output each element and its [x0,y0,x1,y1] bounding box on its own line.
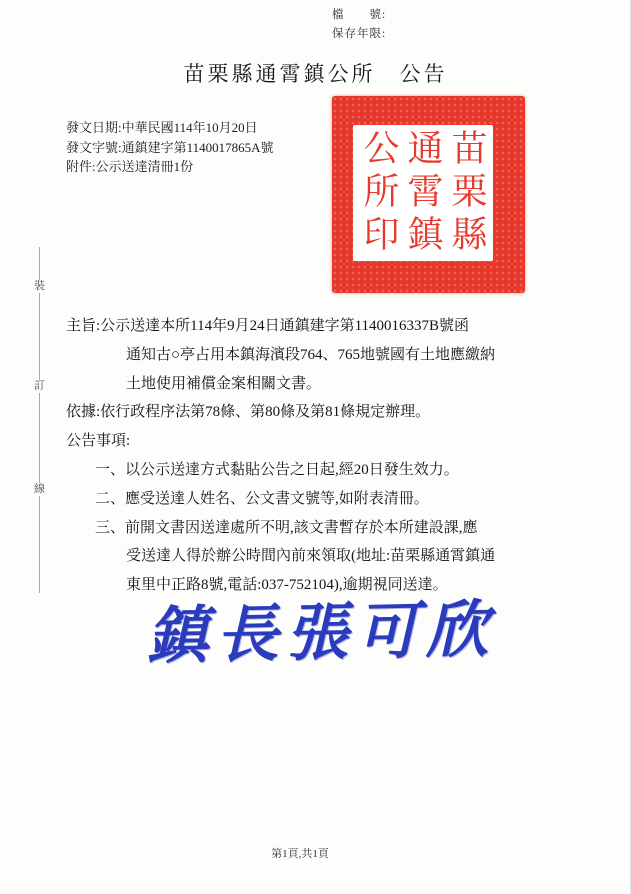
document-meta: 發文日期:中華民國114年10月20日 發文字號:通鎮建字第1140017865… [66,118,274,177]
file-number-block: 檔 號: 保存年限: [332,6,386,44]
document-number: 發文字號:通鎮建字第1140017865A號 [66,138,274,158]
body-line-item-2: 二、應受送達人姓名、公文書文號等,如附表清冊。 [66,485,582,514]
seal-column-2: 通霄鎮 [405,129,441,258]
body-line-subject-2: 通知古○亭占用本鎮海濱段764、765地號國有土地應繳納 [66,341,582,370]
official-seal: 苗栗縣 通霄鎮 公所印 [332,96,525,293]
seal-column-1: 苗栗縣 [449,129,485,258]
page-title: 苗栗縣通霄鎮公所 公告 [0,58,631,88]
body-line-subject-3: 土地使用補償金案相關文書。 [66,370,582,399]
announcement-document: 檔 號: 保存年限: 苗栗縣通霄鎮公所 公告 發文日期:中華民國114年10月2… [0,0,631,894]
body-line-basis: 依據:依行政程序法第78條、第80條及第81條規定辦理。 [66,398,582,427]
page-number: 第1頁,共1頁 [0,845,600,861]
issue-date: 發文日期:中華民國114年10月20日 [66,118,274,138]
body-line-item-1: 一、以公示送達方式黏貼公告之日起,經20日發生效力。 [66,456,582,485]
body-line-item-3b: 受送達人得於辦公時間內前來領取(地址:苗栗縣通霄鎮通 [66,542,582,571]
announcement-body: 主旨:公示送達本所114年9月24日通鎮建字第1140016337B號函 通知古… [66,312,582,600]
body-line-item-3a: 三、前開文書因送達處所不明,該文書暫存於本所建設課,應 [66,514,582,543]
seal-column-3: 公所印 [361,129,397,258]
binding-char-ding: 訂 [32,380,47,393]
binding-line [39,247,40,593]
file-number-label: 檔 號: [332,6,386,25]
body-line-subject-1: 主旨:公示送達本所114年9月24日通鎮建字第1140016337B號函 [66,312,582,341]
body-line-matters-head: 公告事項: [66,427,582,456]
binding-char-zhuang: 裝 [32,280,47,293]
official-seal-text: 苗栗縣 通霄鎮 公所印 [353,125,493,261]
binding-char-xian: 線 [32,483,47,496]
mayor-signature-stamp: 鎮長張可欣 [145,592,497,677]
retention-period-label: 保存年限: [332,25,386,44]
attachment-note: 附件:公示送達清冊1份 [66,157,274,177]
